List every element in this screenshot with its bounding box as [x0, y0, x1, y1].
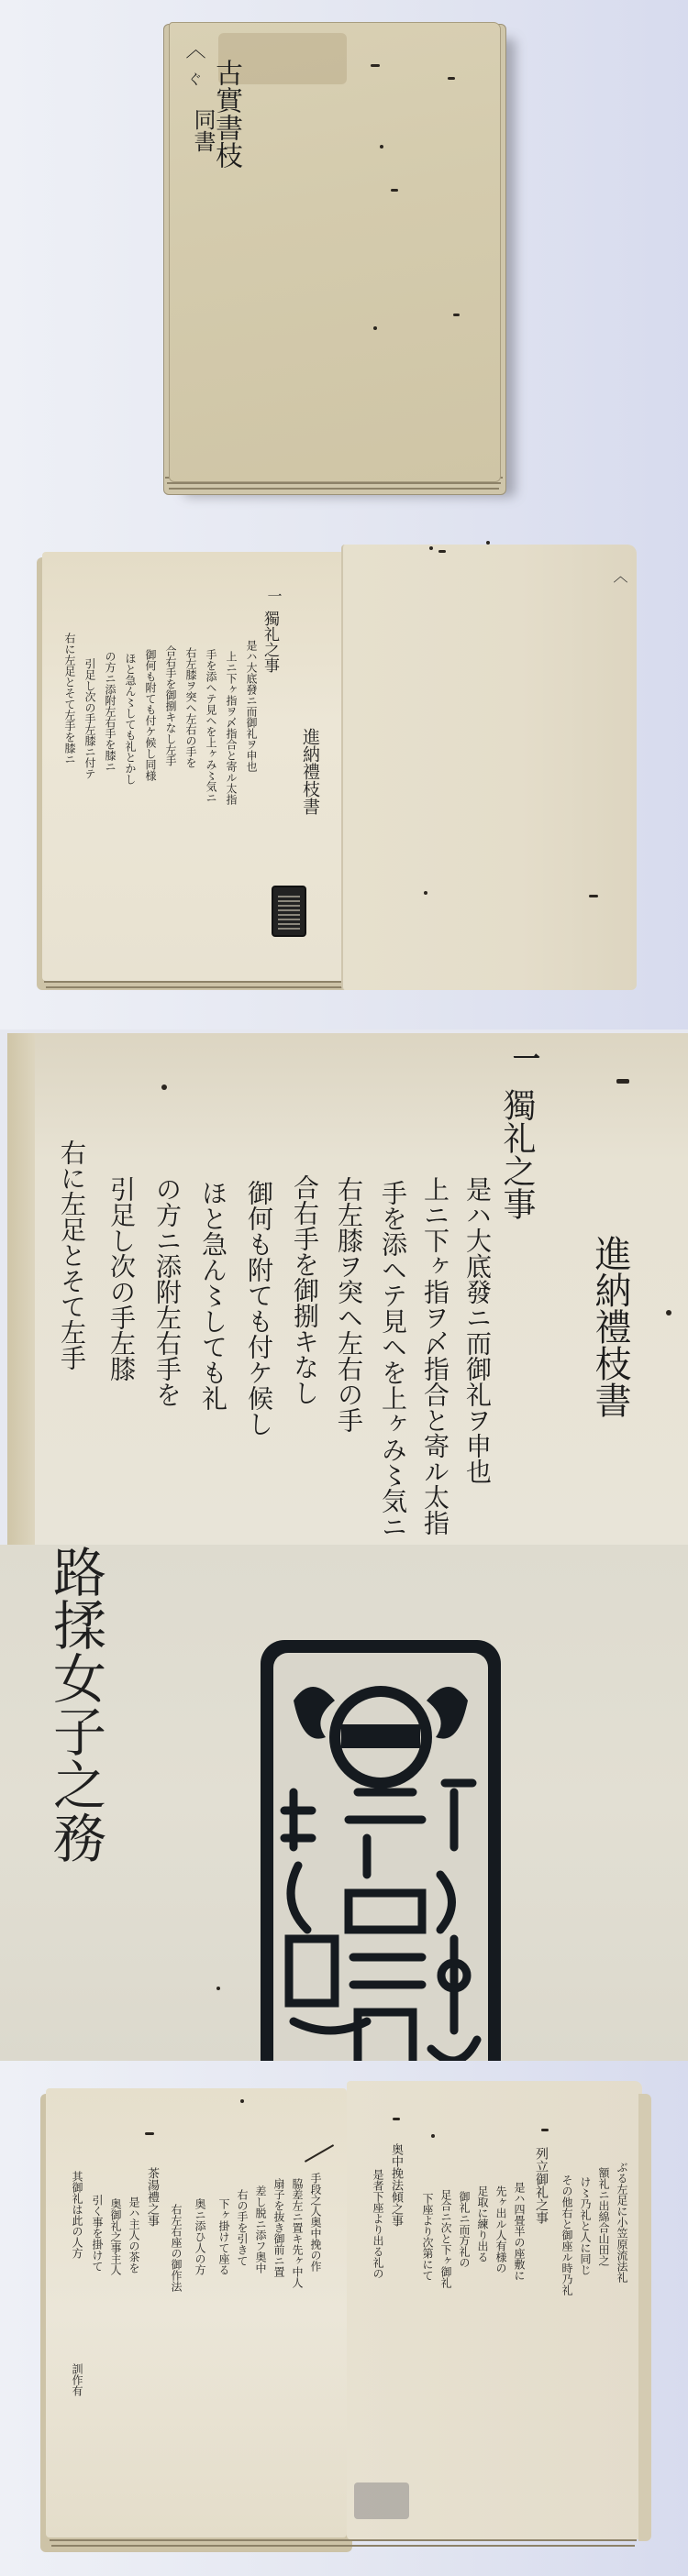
- first-spread-photo: 一 獨礼之事 進納禮枝書 是ハ大底發ニ而御礼ヲ申也 上ニ下ヶ指ヲ〆指合と寄ル太指…: [0, 515, 688, 1029]
- wormhole: [486, 541, 490, 545]
- left-page-heading: 茶湯禮之事: [145, 2167, 158, 2227]
- wormhole: [145, 2132, 154, 2135]
- page-edge: [167, 482, 501, 484]
- body-column: 右左膝ヲ突ヘ左右の手: [330, 1176, 367, 1433]
- right-page-stack: [638, 2094, 651, 2541]
- wormhole: [393, 2118, 400, 2120]
- body-column: の方ニ添附左右手を: [149, 1176, 185, 1407]
- body-column: 右左膝ヲ突ヘ左右の手を: [183, 647, 199, 768]
- cover-photo: 古實書枝 同書 〈 ぐ: [0, 0, 688, 515]
- body-column: 額礼ニ出綿合山田之: [596, 2167, 612, 2266]
- body-column: 右に左足とそて左手: [53, 1139, 90, 1371]
- body-column: 奥御礼之事主人: [108, 2198, 124, 2275]
- corner-mark: 〈: [609, 568, 630, 583]
- body-column: 是ハ大底發ニ而御礼ヲ申也: [459, 1176, 495, 1484]
- body-column: 引足し次の手左膝: [103, 1176, 139, 1382]
- second-spread-photo: 列立御礼之事 ぶる左足に小笠原流法礼 額礼ニ出綿合山田之 け〻乃礼と人に同じ そ…: [0, 2061, 688, 2576]
- right-page: [341, 545, 637, 990]
- body-column: 足合ニ次と下ヶ御礼: [438, 2189, 454, 2288]
- body-column: 手を添ヘテ見ヘを上ヶみ〻気ニ: [374, 1180, 411, 1539]
- body-column: 右に左足とそて左手を膝ニ: [62, 633, 78, 765]
- seal-inner: [278, 893, 300, 930]
- body-column: け〻乃礼と人に同じ: [578, 2176, 594, 2275]
- body-column: 手を添ヘテ見ヘを上ヶみ〻気ニ: [204, 649, 219, 803]
- body-column: 上ニ下ヶ指ヲ〆指合と寄ル太指: [416, 1176, 453, 1536]
- body-column: 脇差左ニ置キ先ヶ中人: [290, 2178, 305, 2288]
- body-column: 是ハ主人の茶を: [127, 2196, 142, 2273]
- body-column: の方ニ添附左右手を膝ニ: [103, 651, 118, 772]
- body-column: 先ヶ出ル人有様の: [494, 2185, 509, 2273]
- body-column: 右左右座の御作法: [169, 2204, 184, 2292]
- page-edge: [169, 488, 499, 490]
- right-page-heading: 列立御礼之事: [534, 2147, 548, 2224]
- page-binding-edge: [7, 1033, 35, 1545]
- seal-icon: [257, 1636, 505, 2061]
- faded-seal: [354, 2482, 409, 2519]
- body-column: 合右手を御捌キなし左手: [163, 645, 179, 766]
- body-column: 御礼ニ而方礼の: [457, 2191, 472, 2268]
- wormhole: [589, 895, 598, 897]
- wormhole: [438, 550, 446, 553]
- ink-speck: [216, 1987, 220, 1990]
- wormhole: [666, 1310, 671, 1316]
- body-column: 引足し次の手左膝ニ付テ: [83, 658, 98, 779]
- wormhole: [373, 326, 377, 330]
- wormhole: [424, 891, 427, 895]
- body-column: 差し脱ニ添フ奥中: [253, 2185, 269, 2273]
- wormhole: [541, 2129, 549, 2131]
- page-edge: [46, 986, 345, 988]
- body-column: その他右と御座ル時乃礼: [560, 2174, 575, 2295]
- body-column: ほと急ん〻しても礼とかし: [123, 653, 139, 785]
- body-column: 右の手を引きて: [235, 2189, 250, 2266]
- body-column: 御何も附ても付ケ候し: [240, 1180, 277, 1437]
- wormhole: [431, 2134, 435, 2138]
- section-heading: 獨礼之事: [499, 1088, 534, 1220]
- seal-stamp: [272, 886, 306, 937]
- body-column: 御何も附ても付ケ候し同様: [143, 649, 159, 781]
- text-closeup-photo: 一 獨礼之事 進納禮枝書 是ハ大底發ニ而御礼ヲ申也 上ニ下ヶ指ヲ〆指合と寄ル太指…: [0, 1029, 688, 1545]
- section-heading: 獨礼之事: [261, 611, 278, 673]
- seal-closeup-photo: 路揉女子之務: [0, 1545, 688, 2061]
- wormhole: [429, 546, 433, 550]
- wormhole: [371, 64, 380, 67]
- page-edge: [44, 981, 347, 983]
- body-column: 足取に練り出る: [475, 2185, 491, 2262]
- middle-heading: 奥中挽法傾之事: [389, 2143, 402, 2227]
- wormhole: [453, 314, 460, 316]
- body-column: 是ハ四畳半の座敷に: [512, 2182, 527, 2281]
- left-page-endnote: 訓作有: [70, 2363, 85, 2396]
- wormhole: [448, 77, 455, 80]
- body-column: 手段之人奥中挽の作: [308, 2173, 324, 2272]
- section-mark: 一: [503, 1044, 543, 1072]
- body-column: 是者下座より出る礼の: [371, 2169, 386, 2279]
- page-edge: [51, 2545, 635, 2547]
- wormhole: [391, 189, 398, 192]
- page-edge: [50, 2539, 637, 2541]
- fragment-column: 路揉女子之務: [48, 1545, 103, 1864]
- body-column: 上ニ下ヶ指ヲ〆指合と寄ル太指: [224, 651, 239, 805]
- body-column: 奥ニ添ひ人の方: [193, 2198, 208, 2275]
- section-mark: 一: [263, 589, 284, 603]
- cover-corner-mark-2: ぐ: [183, 72, 205, 86]
- book-inner-title: 進納禮枝書: [591, 1235, 629, 1418]
- body-column: 下ヶ掛けて座る: [216, 2198, 232, 2275]
- body-column: 是ハ大底發ニ而御礼ヲ申也: [244, 640, 260, 772]
- body-column: 扇子を抜き御前ニ置: [272, 2178, 287, 2277]
- cover-corner-mark: 〈: [180, 39, 208, 59]
- body-column: 下座より次第にて: [420, 2193, 436, 2281]
- book-inner-title: 進納禮枝書: [301, 728, 319, 815]
- wormhole: [616, 1079, 629, 1084]
- body-column: 引く事を掛けて: [90, 2195, 105, 2272]
- seal-stamp: [257, 1636, 505, 2061]
- wormhole: [161, 1084, 167, 1090]
- body-column: ぶる左足に小笠原流法礼: [615, 2162, 630, 2283]
- wormhole: [240, 2099, 244, 2103]
- cover-side-label: 同書: [191, 108, 215, 152]
- left-page: [46, 2088, 347, 2537]
- body-column: ほと急ん〻しても礼: [194, 1180, 231, 1411]
- body-column: 其御礼は此の人方: [70, 2171, 85, 2259]
- body-column: 合右手を御捌キなし: [286, 1174, 323, 1405]
- wormhole: [380, 145, 383, 149]
